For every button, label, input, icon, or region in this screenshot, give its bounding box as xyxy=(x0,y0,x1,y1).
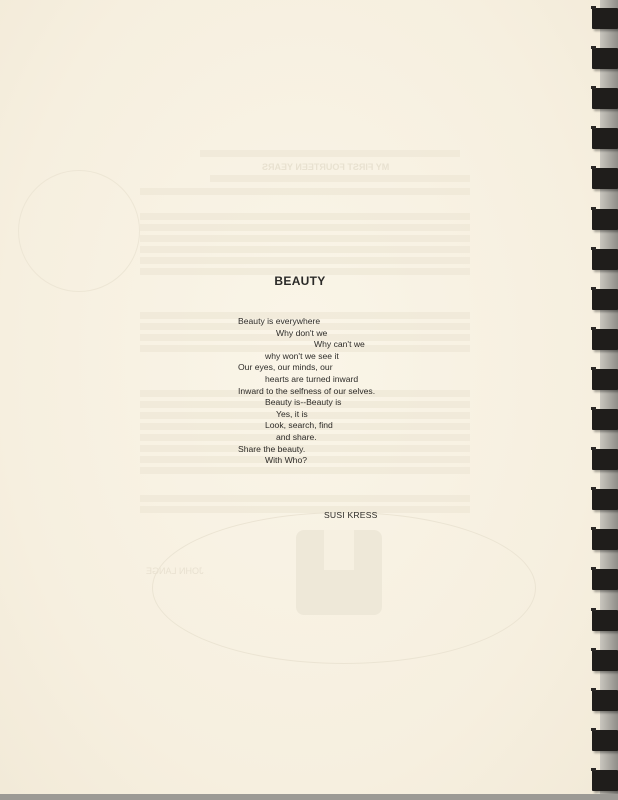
binding-ring xyxy=(592,8,618,29)
binding-ring xyxy=(592,168,618,189)
poem-line: hearts are turned inward xyxy=(238,374,375,386)
poem-line: Why don't we xyxy=(238,328,375,340)
bleed-through-line xyxy=(210,175,470,182)
poem-line: Our eyes, our minds, our xyxy=(238,362,375,374)
bleed-through-line xyxy=(140,224,470,231)
poem-author: SUSI KRESS xyxy=(324,510,378,520)
binding-ring xyxy=(592,209,618,230)
binding-ring xyxy=(592,329,618,350)
bleed-through-line xyxy=(140,235,470,242)
bleed-through-heading: MY FIRST FOURTEEN YEARS xyxy=(262,162,389,173)
binding-ring xyxy=(592,249,618,270)
binding-ring xyxy=(592,489,618,510)
binding-ring xyxy=(592,650,618,671)
binding-ring xyxy=(592,770,618,791)
bleed-through-line xyxy=(200,150,460,157)
bleed-through-signature: JOHN LANGE xyxy=(146,566,204,577)
poem-line: Share the beauty. xyxy=(238,444,375,456)
page-bottom-edge xyxy=(0,794,618,800)
binding-ring xyxy=(592,610,618,631)
bleed-through-line xyxy=(140,495,470,502)
binding-ring xyxy=(592,48,618,69)
poem-body: Beauty is everywhereWhy don't weWhy can'… xyxy=(238,316,375,467)
binding-ring xyxy=(592,529,618,550)
bleed-through-line xyxy=(140,213,470,220)
document-page: MY FIRST FOURTEEN YEARS JOHN LANGE BEAUT… xyxy=(0,0,600,794)
binding-ring xyxy=(592,409,618,430)
bleed-through-line xyxy=(140,467,470,474)
bleed-through-line xyxy=(140,257,470,264)
poem-line: Beauty is--Beauty is xyxy=(238,397,375,409)
poem-line: and share. xyxy=(238,432,375,444)
binding-gutter xyxy=(600,0,618,800)
poem-line: Inward to the selfness of our selves. xyxy=(238,386,375,398)
poem-line: With Who? xyxy=(238,455,375,467)
binding-ring xyxy=(592,88,618,109)
bleed-through-line xyxy=(140,506,470,513)
binding-ring xyxy=(592,289,618,310)
bleed-through-line xyxy=(140,246,470,253)
binding-ring xyxy=(592,569,618,590)
bleed-through-logo xyxy=(296,530,382,615)
poem-line: Yes, it is xyxy=(238,409,375,421)
poem-line: why won't we see it xyxy=(238,351,375,363)
poem-line: Why can't we xyxy=(238,339,375,351)
binding-ring xyxy=(592,690,618,711)
bleed-through-line xyxy=(140,188,470,195)
binding-ring xyxy=(592,369,618,390)
binding-ring xyxy=(592,730,618,751)
poem-line: Beauty is everywhere xyxy=(238,316,375,328)
binding-ring xyxy=(592,449,618,470)
poem-title: BEAUTY xyxy=(0,274,600,288)
poem-line: Look, search, find xyxy=(238,420,375,432)
binding-ring xyxy=(592,128,618,149)
